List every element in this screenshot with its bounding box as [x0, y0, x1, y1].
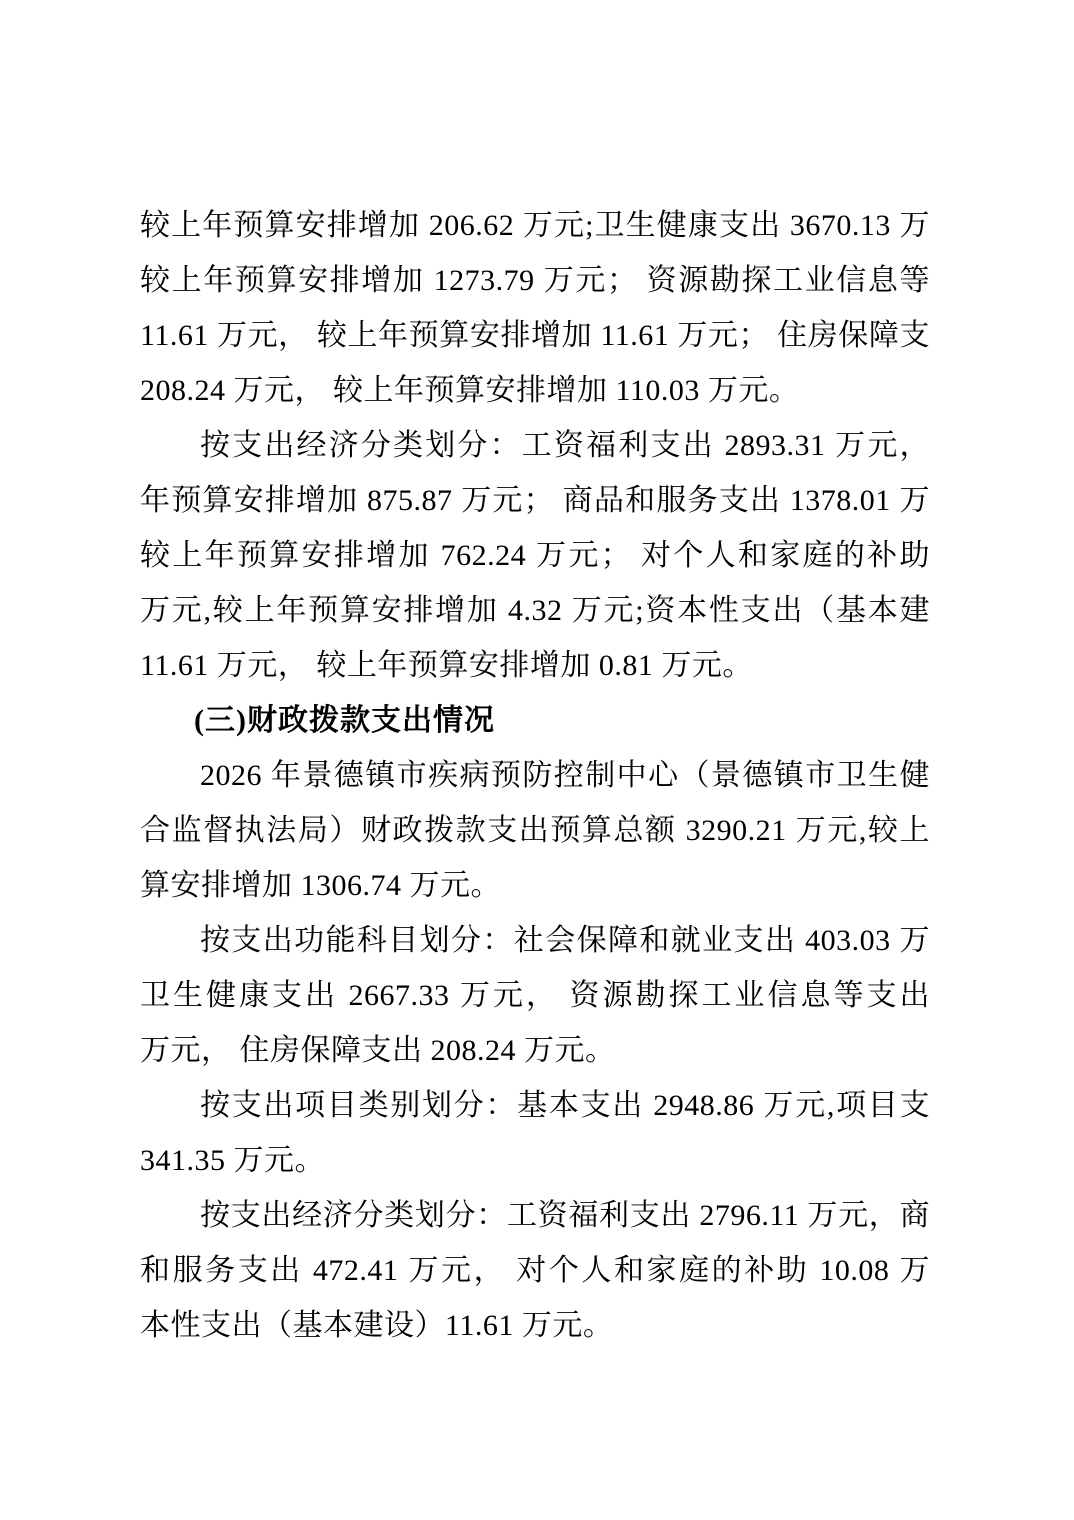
document-page: 较上年预算安排增加 206.62 万元;卫生健康支出 3670.13 万元， 较… — [0, 0, 1074, 1520]
text-line: 年预算安排增加 875.87 万元； 商品和服务支出 1378.01 万元， — [140, 473, 930, 528]
text-line: 11.61 万元， 较上年预算安排增加 11.61 万元； 住房保障支出 — [140, 308, 930, 363]
paragraph-expenditure-functional-continued: 较上年预算安排增加 206.62 万元;卫生健康支出 3670.13 万元， 较… — [140, 198, 930, 418]
text-line: 合监督执法局）财政拨款支出预算总额 3290.21 万元,较上年预 — [140, 803, 930, 858]
text-line: 341.35 万元。 — [140, 1133, 930, 1188]
text-line: 较上年预算安排增加 1273.79 万元； 资源勘探工业信息等支出 — [140, 253, 930, 308]
text-line: 较上年预算安排增加 206.62 万元;卫生健康支出 3670.13 万元， — [140, 198, 930, 253]
text-line: 按支出项目类别划分：基本支出 2948.86 万元,项目支出 — [140, 1078, 930, 1133]
text-line: 按支出功能科目划分：社会保障和就业支出 403.03 万元， — [140, 913, 930, 968]
text-line: 11.61 万元， 较上年预算安排增加 0.81 万元。 — [140, 638, 930, 693]
text-line: 2026 年景德镇市疾病预防控制中心（景德镇市卫生健康综 — [140, 748, 930, 803]
section-heading-fiscal-appropriation-expenditure: (三)财政拨款支出情况 — [140, 693, 930, 748]
paragraph-expenditure-economic-classification: 按支出经济分类划分：工资福利支出 2893.31 万元， 较上 年预算安排增加 … — [140, 418, 930, 693]
paragraph-project-category-breakdown: 按支出项目类别划分：基本支出 2948.86 万元,项目支出 341.35 万元… — [140, 1078, 930, 1188]
text-line: 208.24 万元， 较上年预算安排增加 110.03 万元。 — [140, 363, 930, 418]
text-line: 按支出经济分类划分：工资福利支出 2893.31 万元， 较上 — [140, 418, 930, 473]
text-line: 万元,较上年预算安排增加 4.32 万元;资本性支出（基本建设） — [140, 583, 930, 638]
text-line: 较上年预算安排增加 762.24 万元； 对个人和家庭的补助 10.08 — [140, 528, 930, 583]
text-line: 和服务支出 472.41 万元， 对个人和家庭的补助 10.08 万元， 资 — [140, 1243, 930, 1298]
paragraph-fiscal-appropriation-total: 2026 年景德镇市疾病预防控制中心（景德镇市卫生健康综 合监督执法局）财政拨款… — [140, 748, 930, 913]
text-line: 算安排增加 1306.74 万元。 — [140, 858, 930, 913]
paragraph-functional-subject-breakdown: 按支出功能科目划分：社会保障和就业支出 403.03 万元， 卫生健康支出 26… — [140, 913, 930, 1078]
text-line: 按支出经济分类划分：工资福利支出 2796.11 万元，商品 — [140, 1188, 930, 1243]
text-line: 卫生健康支出 2667.33 万元， 资源勘探工业信息等支出 11.61 — [140, 968, 930, 1023]
text-line: 万元， 住房保障支出 208.24 万元。 — [140, 1023, 930, 1078]
text-line: 本性支出（基本建设）11.61 万元。 — [140, 1298, 930, 1353]
paragraph-economic-classification-breakdown: 按支出经济分类划分：工资福利支出 2796.11 万元，商品 和服务支出 472… — [140, 1188, 930, 1353]
